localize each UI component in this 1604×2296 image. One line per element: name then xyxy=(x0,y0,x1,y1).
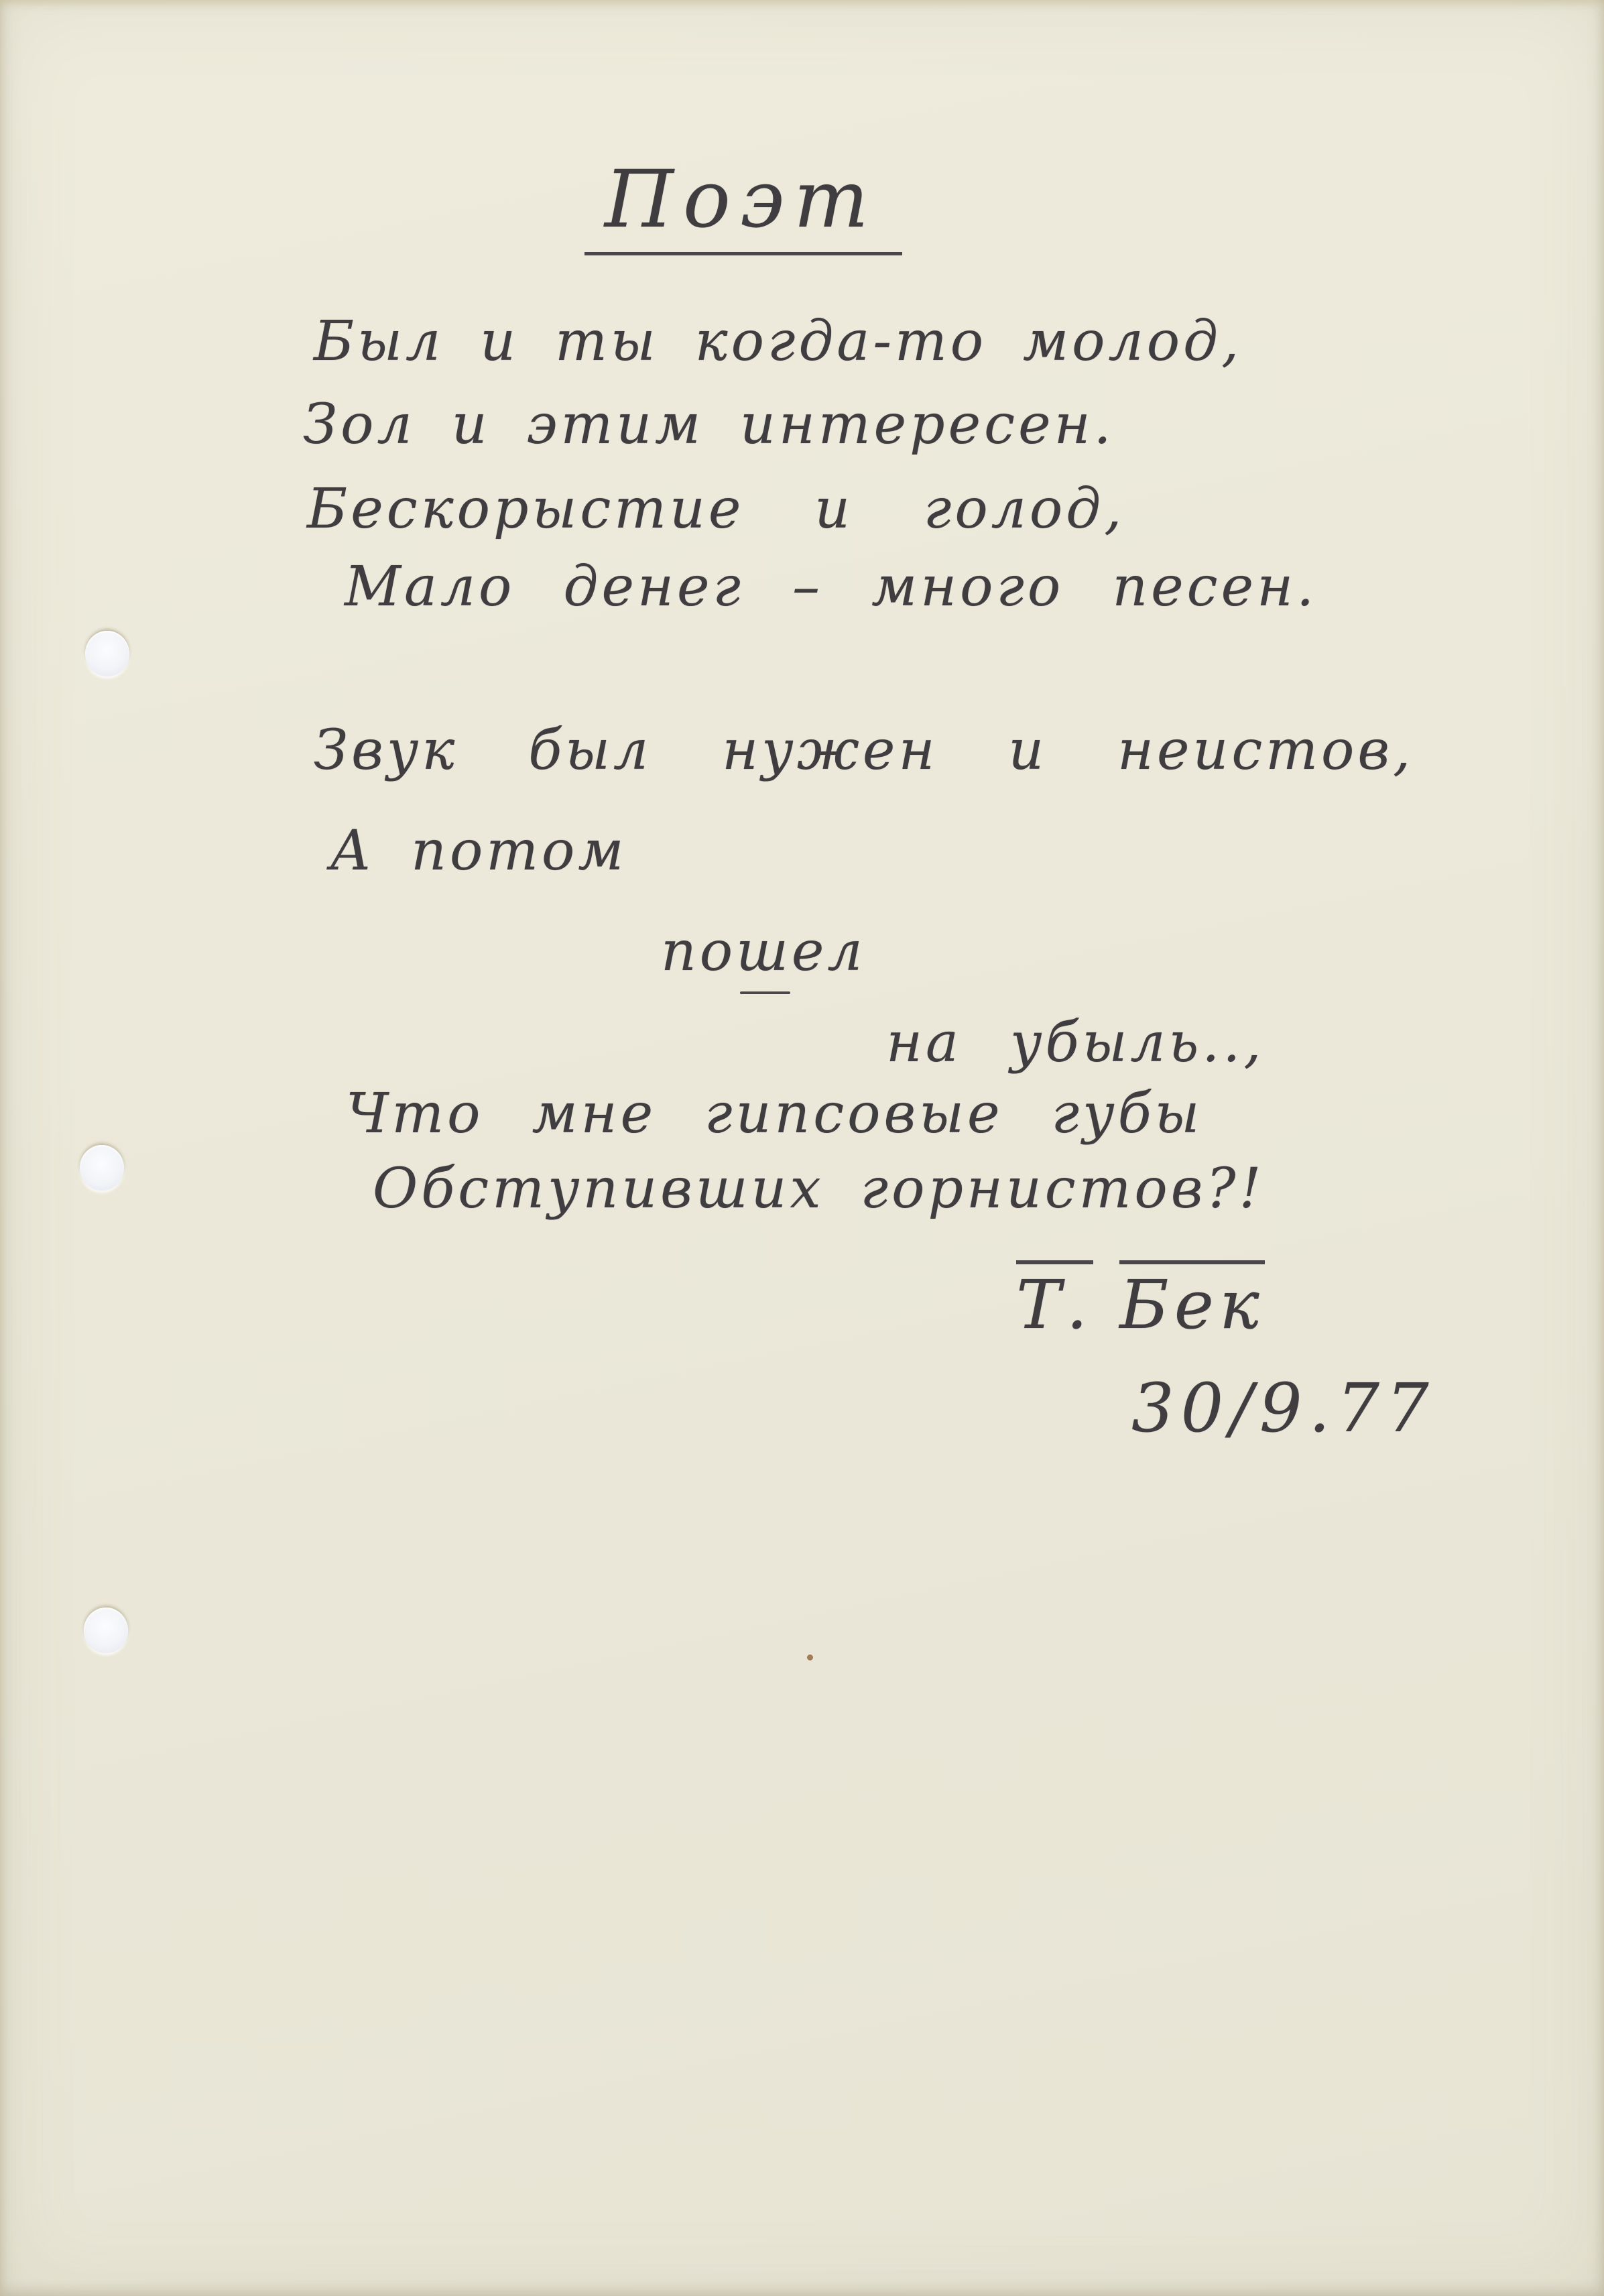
paper-speck xyxy=(807,1654,813,1660)
punch-hole xyxy=(85,631,129,676)
poem-line: Зол и этим интересен. xyxy=(303,393,1115,457)
manuscript-page: Поэт Был и ты когда-то молод, Зол и этим… xyxy=(0,0,1604,2296)
poem-title: Поэт xyxy=(584,153,902,255)
author-signature: Т. Бек xyxy=(1016,1260,1265,1344)
poem-line: Мало денег – много песен. xyxy=(345,555,1317,619)
poem-word-part: ел xyxy=(792,920,866,983)
poem-word-part: по xyxy=(661,920,736,983)
poem-line: Обступивших горнистов?! xyxy=(373,1157,1264,1221)
manuscript-date: 30/9.77 xyxy=(1131,1369,1436,1447)
punch-hole xyxy=(80,1145,124,1191)
punch-hole xyxy=(84,1608,128,1653)
poem-line: пошел xyxy=(661,920,866,983)
poem-line: Звук был нужен и неистов, xyxy=(314,719,1414,782)
poem-line: Был и ты когда-то молод, xyxy=(314,310,1242,373)
poem-word-part-underlined: ш xyxy=(736,920,792,983)
signature-initial: Т. xyxy=(1016,1260,1093,1344)
poem-line: на убыль.., xyxy=(886,1011,1264,1075)
signature-surname: Бек xyxy=(1119,1260,1264,1344)
poem-line: Что мне гипсовые губы xyxy=(346,1082,1202,1146)
poem-line: А потом xyxy=(330,819,627,883)
poem-line: Бескорыстие и голод, xyxy=(307,477,1125,541)
